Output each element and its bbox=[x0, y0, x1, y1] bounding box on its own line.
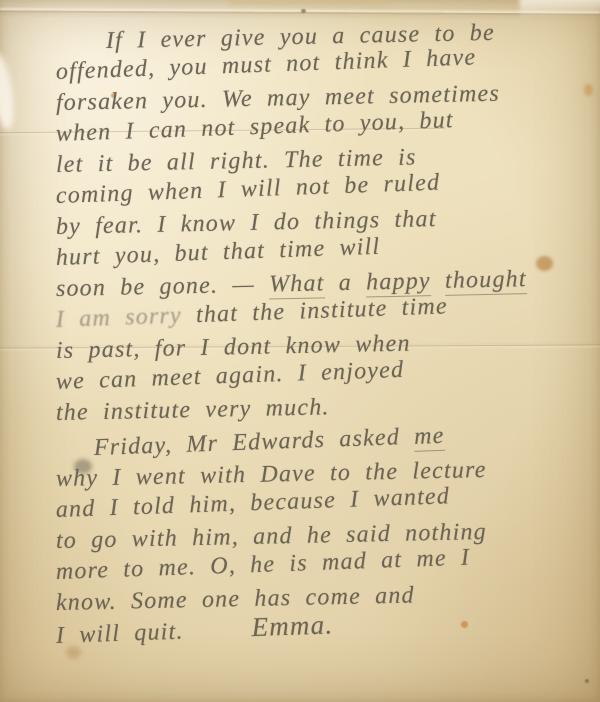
letter-page: If I ever give you a cause to beoffended… bbox=[0, 0, 600, 702]
letter-body: If I ever give you a cause to beoffended… bbox=[0, 0, 600, 650]
letter-text: Friday, Mr Edwards asked bbox=[93, 424, 414, 461]
letter-text: the institute very much. bbox=[56, 394, 330, 426]
letter-text: soon be gone. — bbox=[56, 272, 270, 302]
letter-text: that the institute time bbox=[181, 293, 448, 328]
letter-text bbox=[430, 268, 445, 294]
signature: Emma. bbox=[251, 609, 334, 642]
letter-text: I am sorry bbox=[55, 303, 182, 333]
ink-dot bbox=[585, 679, 589, 683]
letter-text: a bbox=[324, 270, 366, 297]
letter-text: I will quit. bbox=[55, 619, 184, 649]
letter-text: me bbox=[414, 423, 445, 452]
